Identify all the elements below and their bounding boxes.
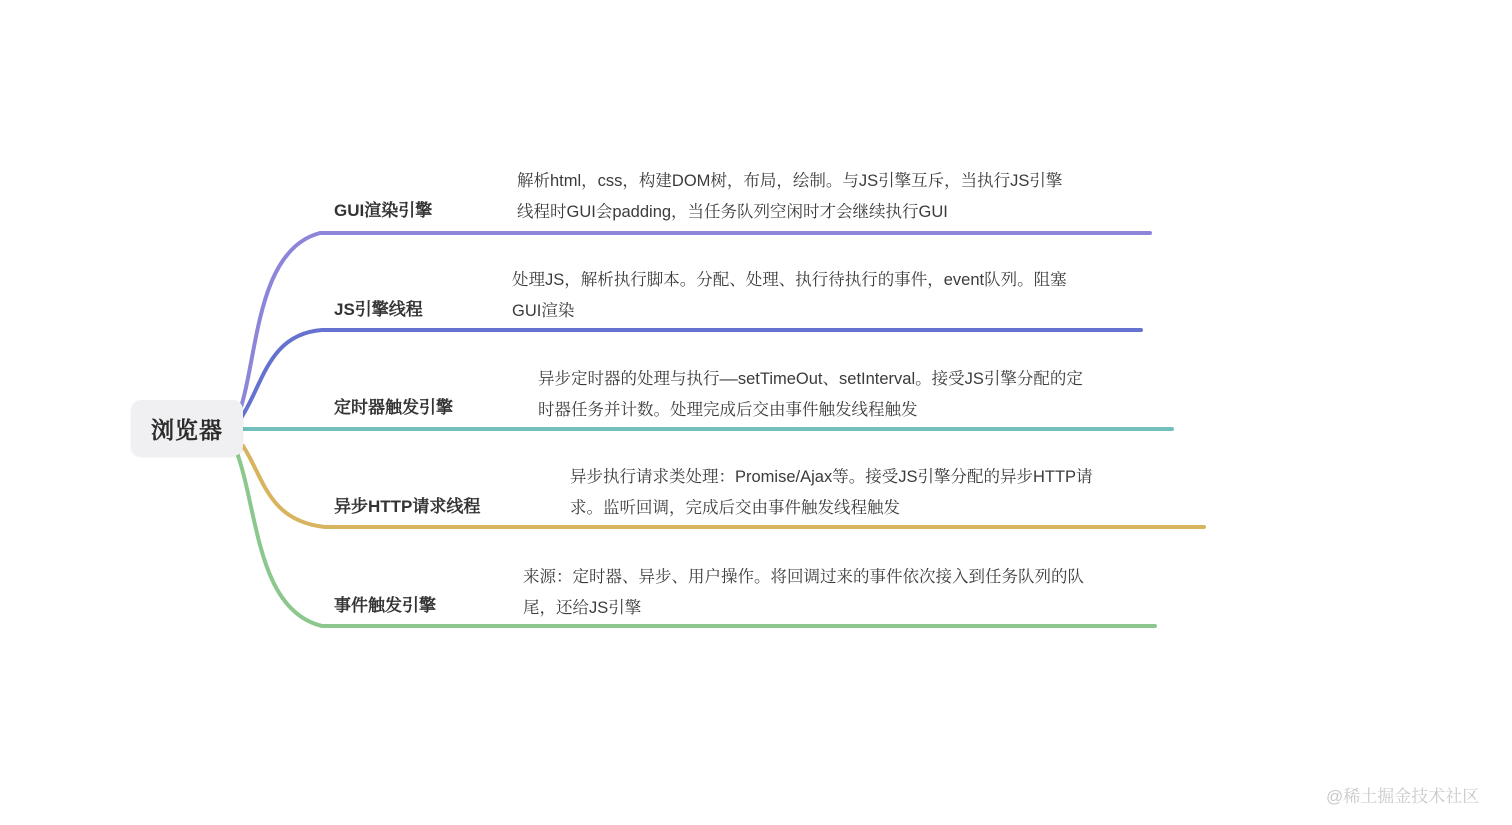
branch-label-timer: 定时器触发引擎 (334, 396, 453, 420)
branch-desc-timer: 异步定时器的处理与执行––setTimeOut、setInterval。接受JS… (538, 364, 1083, 426)
desc-line: 线程时GUI会padding，当任务队列空闲时才会继续执行GUI (517, 197, 1062, 228)
branch-label-async-http: 异步HTTP请求线程 (334, 495, 480, 519)
desc-line: 求。监听回调，完成后交由事件触发线程触发 (570, 493, 1093, 524)
root-node-browser: 浏览器 (131, 400, 243, 456)
watermark-juejin: @稀土掘金技术社区 (1326, 782, 1479, 807)
branch-desc-gui-render: 解析html，css，构建DOM树，布局，绘制。与JS引擎互斥，当执行JS引擎 … (517, 166, 1062, 228)
branch-desc-js-engine: 处理JS，解析执行脚本。分配、处理、执行待执行的事件，event队列。阻塞 GU… (512, 265, 1067, 327)
desc-line: 解析html，css，构建DOM树，布局，绘制。与JS引擎互斥，当执行JS引擎 (517, 166, 1062, 197)
desc-line: 处理JS，解析执行脚本。分配、处理、执行待执行的事件，event队列。阻塞 (512, 265, 1067, 296)
branch-desc-event-trigger: 来源：定时器、异步、用户操作。将回调过来的事件依次接入到任务队列的队 尾，还给J… (523, 562, 1084, 624)
desc-line: 来源：定时器、异步、用户操作。将回调过来的事件依次接入到任务队列的队 (523, 562, 1084, 593)
desc-line: 时器任务并计数。处理完成后交由事件触发线程触发 (538, 395, 1083, 426)
desc-line: GUI渲染 (512, 296, 1067, 327)
mindmap-canvas: 浏览器 GUI渲染引擎 解析html，css，构建DOM树，布局，绘制。与JS引… (0, 0, 1512, 825)
branch-label-js-engine: JS引擎线程 (334, 298, 423, 322)
desc-line: 异步定时器的处理与执行––setTimeOut、setInterval。接受JS… (538, 364, 1083, 395)
branch-desc-async-http: 异步执行请求类处理：Promise/Ajax等。接受JS引擎分配的异步HTTP请… (570, 462, 1093, 524)
branch-label-event-trigger: 事件触发引擎 (334, 594, 436, 618)
desc-line: 尾，还给JS引擎 (523, 593, 1084, 624)
desc-line: 异步执行请求类处理：Promise/Ajax等。接受JS引擎分配的异步HTTP请 (570, 462, 1093, 493)
branch-label-gui-render: GUI渲染引擎 (334, 199, 432, 223)
